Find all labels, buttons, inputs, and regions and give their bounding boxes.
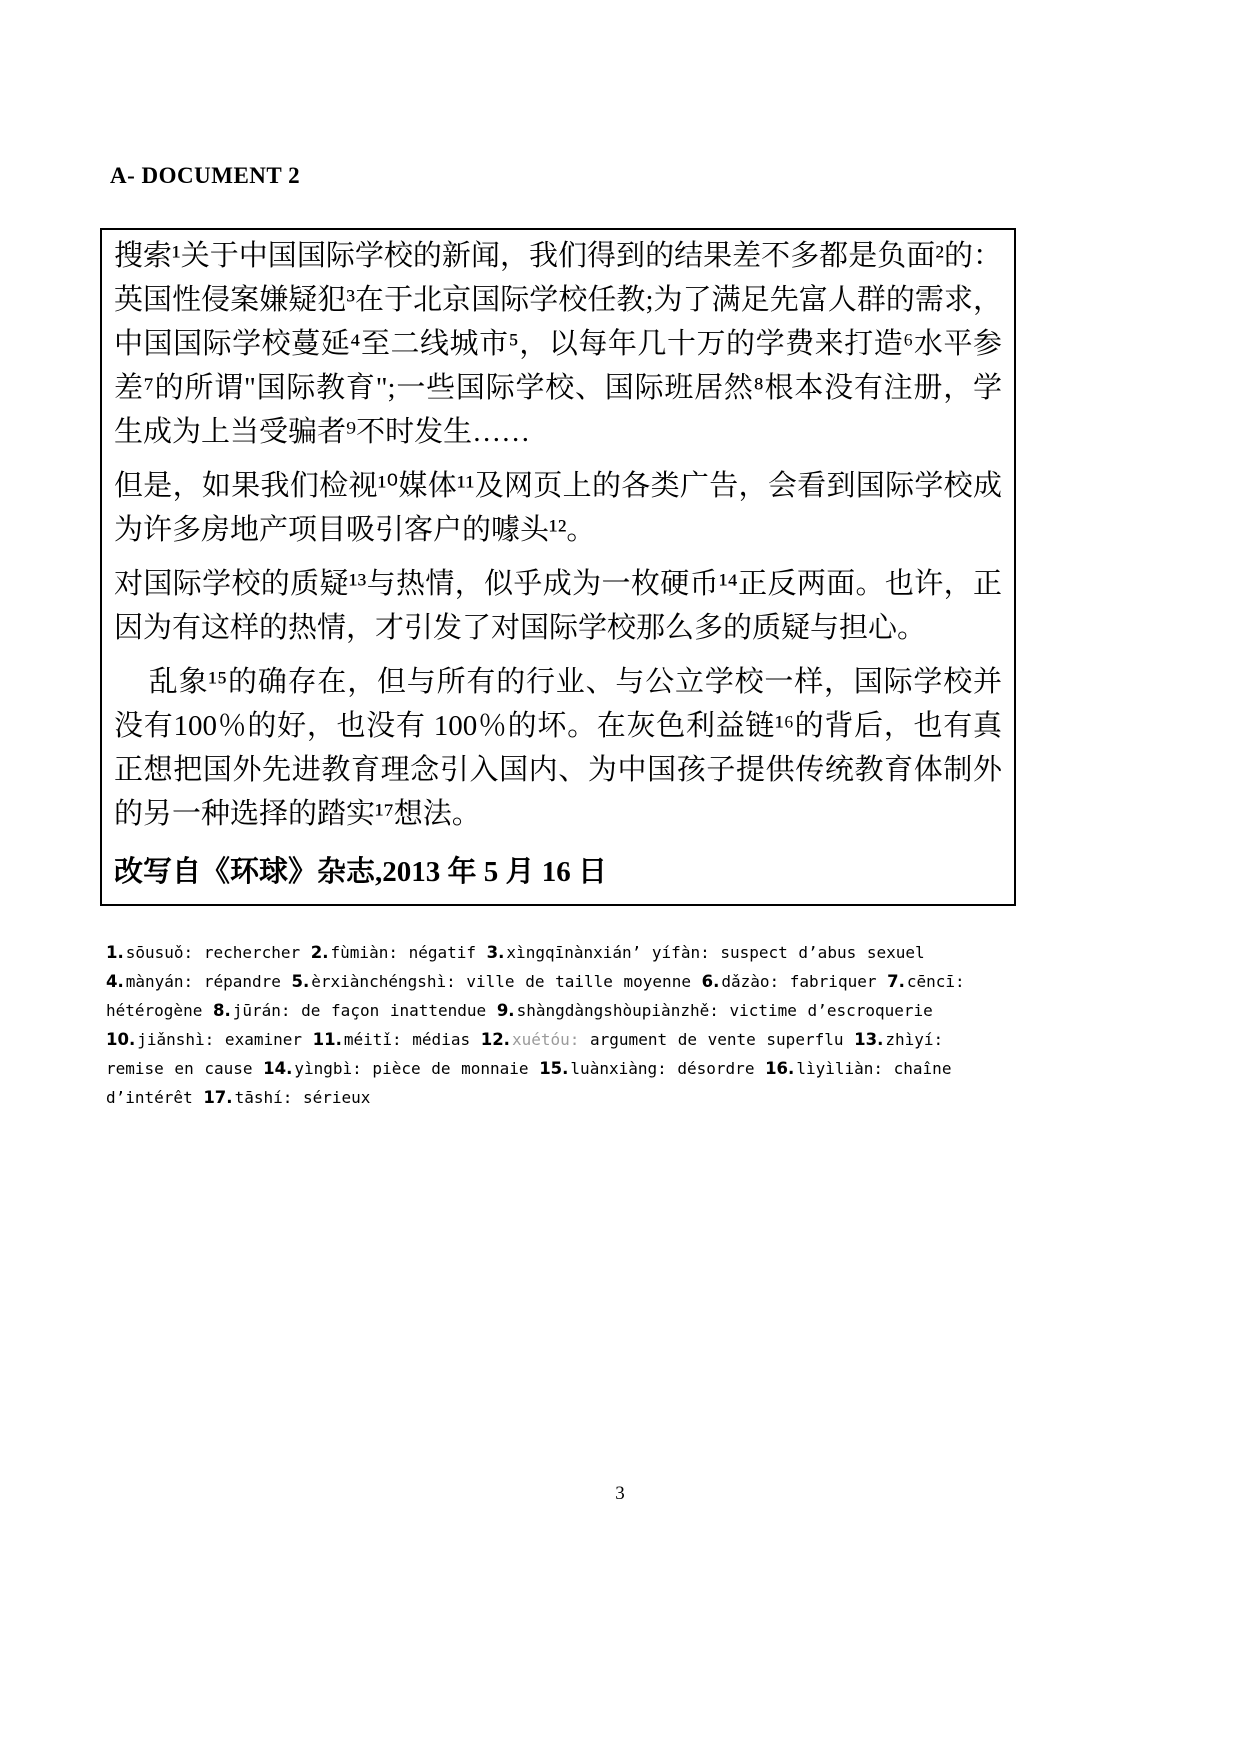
footnote-number: 2.: [311, 943, 329, 962]
footnote-number: 16.: [765, 1059, 794, 1078]
footnote-item: 17.tāshí: sérieux: [203, 1088, 370, 1107]
vocabulary-footnotes: 1.sōusuǒ: rechercher 2.fùmiàn: négatif 3…: [106, 938, 1008, 1112]
footnote-item: 6.dǎzào: fabriquer: [702, 972, 888, 991]
footnote-definition: suspect d’abus sexuel: [710, 943, 925, 962]
footnote-item: 11.méitǐ: médias: [313, 1030, 481, 1049]
footnote-item: 2.fùmiàn: négatif: [311, 943, 487, 962]
footnote-item: 15.luànxiàng: désordre: [539, 1059, 765, 1078]
footnote-pinyin: xuétóu:: [512, 1030, 579, 1049]
footnote-item: 14.yìngbì: pièce de monnaie: [263, 1059, 539, 1078]
paragraph-1: 搜索¹关于中国国际学校的新闻，我们得到的结果差不多都是负面²的： 英国性侵案嫌疑…: [114, 234, 1002, 454]
footnote-item: 8.jūrán: de façon inattendue: [213, 1001, 497, 1020]
footnote-number: 7.: [887, 972, 905, 991]
footnote-item: 3.xìngqīnànxián’ yífàn: suspect d’abus s…: [487, 943, 925, 962]
footnote-pinyin: sōusuǒ:: [126, 943, 193, 962]
footnote-definition: sérieux: [292, 1088, 370, 1107]
footnote-definition: examiner: [214, 1030, 312, 1049]
footnote-pinyin: dǎzào:: [721, 972, 779, 991]
footnote-pinyin: jiǎnshì:: [137, 1030, 214, 1049]
footnote-pinyin: luànxiàng:: [570, 1059, 666, 1078]
footnote-definition: fabriquer: [779, 972, 887, 991]
footnote-pinyin: jūrán:: [233, 1001, 291, 1020]
footnote-item: 12.xuétóu: argument de vente superflu: [481, 1030, 854, 1049]
footnote-pinyin: èrxiànchéngshì:: [311, 972, 456, 991]
footnote-definition: argument de vente superflu: [579, 1030, 854, 1049]
footnote-number: 17.: [203, 1088, 232, 1107]
footnote-number: 15.: [539, 1059, 568, 1078]
footnote-number: 1.: [106, 943, 124, 962]
footnote-pinyin: lìyìliàn:: [796, 1059, 883, 1078]
footnote-pinyin: zhìyí:: [885, 1030, 943, 1049]
paragraph-3: 对国际学校的质疑¹³与热情，似乎成为一枚硬币¹⁴正反两面。也许，正因为有这样的热…: [114, 562, 1002, 650]
footnote-pinyin: tāshí:: [235, 1088, 293, 1107]
footnote-definition: remise en cause: [106, 1059, 263, 1078]
footnote-definition: ville de taille moyenne: [456, 972, 702, 991]
document-text-box: 搜索¹关于中国国际学校的新闻，我们得到的结果差不多都是负面²的： 英国性侵案嫌疑…: [100, 228, 1016, 906]
footnote-pinyin: cēncī:: [907, 972, 965, 991]
footnote-number: 5.: [292, 972, 310, 991]
footnote-pinyin: fùmiàn:: [331, 943, 398, 962]
footnote-number: 9.: [497, 1001, 515, 1020]
footnote-pinyin: shàngdàngshòupiànzhě:: [517, 1001, 719, 1020]
footnote-definition: médias: [402, 1030, 481, 1049]
footnote-definition: victime d’escroquerie: [719, 1001, 933, 1020]
footnote-definition: désordre: [667, 1059, 765, 1078]
footnote-item: 1.sōusuǒ: rechercher: [106, 943, 311, 962]
source-attribution-line: 改写自《环球》杂志,2013 年 5 月 16 日: [114, 850, 1002, 894]
paragraph-4: 乱象¹⁵的确存在，但与所有的行业、与公立学校一样，国际学校并没有100％的好，也…: [114, 660, 1002, 836]
footnote-number: 14.: [263, 1059, 292, 1078]
footnote-pinyin: mànyán:: [126, 972, 193, 991]
footnote-definition: négatif: [398, 943, 487, 962]
footnote-definition: rechercher: [193, 943, 311, 962]
footnote-number: 8.: [213, 1001, 231, 1020]
footnote-number: 6.: [702, 972, 720, 991]
footnote-definition: de façon inattendue: [291, 1001, 497, 1020]
footnote-item: 9.shàngdàngshòupiànzhě: victime d’escroq…: [497, 1001, 933, 1020]
footnote-number: 12.: [481, 1030, 510, 1049]
footnote-definition: hétérogène: [106, 1001, 213, 1020]
footnote-number: 4.: [106, 972, 124, 991]
footnote-definition: répandre: [193, 972, 291, 991]
footnote-pinyin: méitǐ:: [344, 1030, 402, 1049]
footnote-number: 13.: [854, 1030, 883, 1049]
page-title: A- DOCUMENT 2: [110, 163, 300, 189]
footnote-item: 4.mànyán: répandre: [106, 972, 292, 991]
footnote-number: 10.: [106, 1030, 135, 1049]
footnote-item: 10.jiǎnshì: examiner: [106, 1030, 313, 1049]
footnote-item: 5.èrxiànchéngshì: ville de taille moyenn…: [292, 972, 702, 991]
paragraph-2: 但是，如果我们检视¹⁰媒体¹¹及网页上的各类广告，会看到国际学校成为许多房地产项…: [114, 464, 1002, 552]
document-page: A- DOCUMENT 2 搜索¹关于中国国际学校的新闻，我们得到的结果差不多都…: [0, 0, 1240, 1754]
footnote-definition: pièce de monnaie: [362, 1059, 539, 1078]
page-number: 3: [0, 1483, 1240, 1505]
footnote-pinyin: xìngqīnànxián’ yífàn:: [506, 943, 709, 962]
footnote-pinyin: yìngbì:: [294, 1059, 361, 1078]
footnote-number: 3.: [487, 943, 505, 962]
footnote-number: 11.: [313, 1030, 342, 1049]
